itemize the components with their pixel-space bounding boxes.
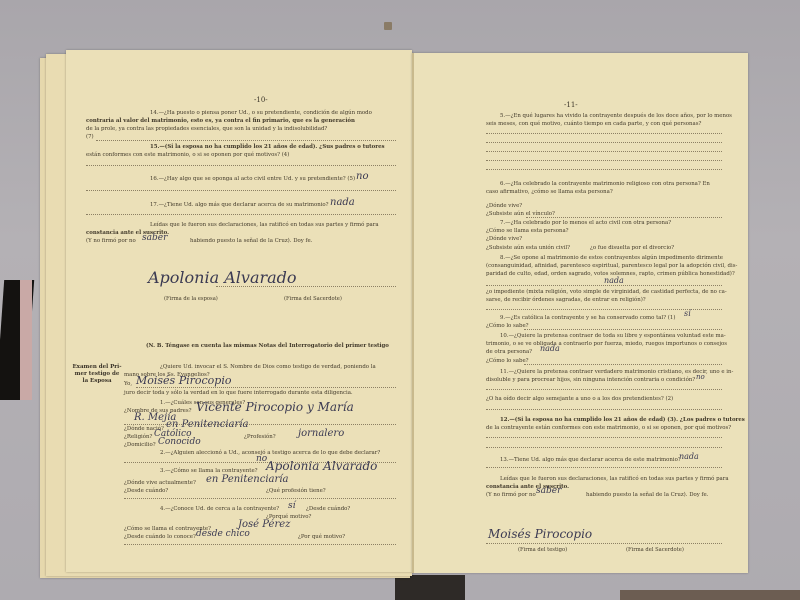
heard-label: ¿O ha oído decir algo semejante a uno o …: [486, 396, 673, 403]
known-since-label: ¿Desde cuándo lo conoce?: [124, 534, 196, 541]
yo-label: Yo,: [124, 381, 132, 388]
q8-answer: nada: [604, 276, 624, 285]
no-signed-answer: saber: [536, 486, 561, 496]
q4-answer: sí: [288, 501, 296, 511]
q6-line: caso afirmativo, ¿cómo se llama esta per…: [486, 189, 613, 196]
signature-label-priest: (Firma del Sacerdote): [284, 296, 342, 302]
witness-name: Moisés Pirocopio: [136, 374, 231, 387]
q15-line: 15.—(Si la esposa no ha cumplido los 21 …: [150, 144, 385, 151]
answer-line: [86, 165, 396, 166]
how-label: ¿Cómo lo sabe?: [486, 358, 529, 365]
q12-line: de la contrayente están conformes con es…: [486, 425, 731, 432]
q10-line: 10.—¿Quiere la pretensa contraer de toda…: [500, 333, 726, 340]
q17-answer: nada: [330, 197, 355, 208]
domicile-answer: Conocido: [158, 437, 201, 447]
signature-label-bride: (Firma de la esposa): [164, 296, 218, 302]
table-edge: [620, 590, 800, 600]
how-label: ¿Cómo lo sabe?: [486, 323, 529, 330]
answer-line: [124, 424, 396, 425]
reason-label: ¿Por qué motivo?: [298, 534, 345, 541]
q2-text: 2.—¿Alguien aleccionó a Ud., aconsejó a …: [160, 450, 380, 457]
signature-line: [486, 543, 722, 544]
known-since-answer: desde chico: [196, 529, 250, 539]
q8-line: (consanguinidad, afinidad, parentesco es…: [486, 263, 737, 270]
lives-answer: en Penitenciaría: [206, 474, 288, 485]
q15-line: están conformes con este matrimonio, o s…: [86, 152, 289, 159]
union-label: ¿Subsiste aún esta unión civil?: [486, 245, 570, 252]
answer-line: [526, 217, 722, 218]
side-label-line: mer testigo de: [62, 371, 132, 378]
parents-answer: Vicente Pirocopio y María: [196, 400, 354, 414]
no-signed-answer: saber: [142, 233, 167, 243]
bride-signature: Apolonia Alvarado: [148, 268, 297, 287]
q13-answer: nada: [679, 452, 699, 461]
q13-text: 13.—Tiene Ud. algo más que declarar acer…: [500, 457, 681, 464]
no-signed-suffix: habiendo puesto la señal de la Cruz). Do…: [190, 238, 312, 245]
witness-signature: Moisés Pirocopio: [488, 527, 592, 541]
signature-line: [216, 286, 396, 287]
closing-line: Leídas que le fueron sus declaraciones, …: [150, 222, 379, 229]
q17-text: 17.—¿Tiene Ud. algo más que declarar ace…: [150, 202, 329, 209]
answer-line: [486, 389, 722, 390]
q14-line: contraria al valor del matrimonio, esto …: [86, 118, 355, 125]
q4-since-label: ¿Desde cuándo?: [306, 506, 350, 513]
where-label: ¿Dónde vive?: [486, 236, 522, 243]
answer-line: [486, 447, 722, 448]
q14-line: 14.—¿Ha puesto o piensa poner Ud., o su …: [150, 110, 372, 117]
q6-line: 6.—¿Ha celebrado la contrayente matrimon…: [500, 181, 710, 188]
answer-line: [486, 142, 722, 143]
page-number: -10-: [254, 96, 268, 104]
background-strip: [20, 280, 32, 400]
q16-answer: no: [356, 171, 368, 182]
answer-line: [86, 190, 396, 191]
religion-label: ¿Religión?: [124, 434, 152, 441]
answer-line: [486, 133, 722, 134]
answer-line: [486, 160, 722, 161]
right-page: -11- 5.—¿En qué lugares ha vivido la con…: [412, 53, 748, 573]
q14-line: de la prole, ya contra las propiedades e…: [86, 126, 327, 133]
q8-line: 8.—¿Se opone al matrimonio de estos cont…: [500, 255, 723, 262]
answer-line: [486, 285, 722, 286]
no-signed-prefix: (Y no firmó por no: [86, 238, 136, 245]
answer-line: [486, 169, 722, 170]
side-label-line: la Esposa: [62, 378, 132, 385]
no-signed-prefix: (Y no firmó por no: [486, 492, 536, 499]
q11-answer: no: [696, 373, 705, 381]
answer-line: [96, 140, 396, 141]
oath-line: ¿Quiere Ud. invocar el S. Nombre de Dios…: [160, 364, 376, 371]
answer-line: [486, 437, 722, 438]
answer-line: [524, 364, 722, 365]
domicile-label: ¿Domicilio?: [124, 442, 156, 449]
side-label: Examen del Pri- mer testigo de la Esposa: [62, 364, 132, 385]
profession-answer: jornalero: [298, 428, 344, 439]
q8-impediente-line: sarse, de recibir órdenes sagradas, de e…: [486, 297, 646, 304]
q10-line: trimonio, o se ve obligada a contraerlo …: [486, 341, 727, 348]
since-label: ¿Desde cuándo?: [124, 488, 168, 495]
q10-line: de otra persona?: [486, 349, 532, 356]
answer-line: [124, 498, 396, 499]
answer-line: [136, 387, 396, 388]
answer-line: [486, 151, 722, 152]
oath-line: juro decir toda y sólo la verdad en lo q…: [124, 390, 353, 397]
binder-edge: [395, 575, 465, 600]
q8-impediente-line: ¿o impediente (mixta religión, voto simp…: [486, 289, 727, 296]
q14-line: (7): [86, 134, 94, 141]
section-title: (N. B. Téngase en cuenta las mismas Nota…: [146, 343, 389, 350]
left-page: -10- 14.—¿Ha puesto o piensa poner Ud., …: [66, 50, 412, 572]
answer-line: [486, 409, 722, 410]
name-label: ¿Cómo se llama esta persona?: [486, 228, 569, 235]
divorce-label: ¿o fue disuelta por el divorcio?: [590, 245, 674, 252]
q11-line: disoluble y para procrear hijos, sin nin…: [486, 377, 695, 384]
q16-text: 16.—¿Hay algo que se oponga al acto civi…: [150, 176, 355, 183]
answer-line: [124, 544, 396, 545]
q12-line: 12.—(Si la esposa no ha cumplido los 21 …: [500, 417, 745, 424]
signature-label-priest: (Firma del Sacerdote): [626, 547, 684, 553]
no-signed-suffix: habiendo puesto la señal de la Cruz). Do…: [586, 492, 708, 499]
signature-label-witness: (Firma del testigo): [518, 547, 567, 553]
where-label: ¿Dónde vive?: [486, 203, 522, 210]
profession-label: ¿Profesión?: [244, 434, 276, 441]
q3-answer: Apolonia Alvarado: [266, 459, 377, 473]
q5-line: seis meses, con qué motivo, cuánto tiemp…: [486, 121, 701, 128]
page-number: -11-: [564, 101, 578, 109]
q10-answer: nada: [540, 344, 560, 353]
closing-line: Leídas que le fueron sus declaraciones, …: [500, 476, 729, 483]
q9-answer: sí: [684, 309, 691, 318]
answer-line: [524, 329, 722, 330]
side-label-line: Examen del Pri-: [62, 364, 132, 371]
pin: [384, 22, 392, 30]
q5-line: 5.—¿En qué lugares ha vivido la contraye…: [500, 113, 732, 120]
q9-text: 9.—¿Es católica la contrayente y se ha c…: [500, 315, 675, 322]
answer-line: [86, 214, 396, 215]
lives-label: ¿Dónde vive actualmente?: [124, 480, 196, 487]
profession-label: ¿Qué profesión tiene?: [266, 488, 326, 495]
answer-line: [486, 467, 722, 468]
q7-text: 7.—¿Ha celebrado por lo menos el acto ci…: [500, 220, 671, 227]
q4-text: 4.—¿Conoce Ud. de cerca a la contrayente…: [160, 506, 279, 513]
